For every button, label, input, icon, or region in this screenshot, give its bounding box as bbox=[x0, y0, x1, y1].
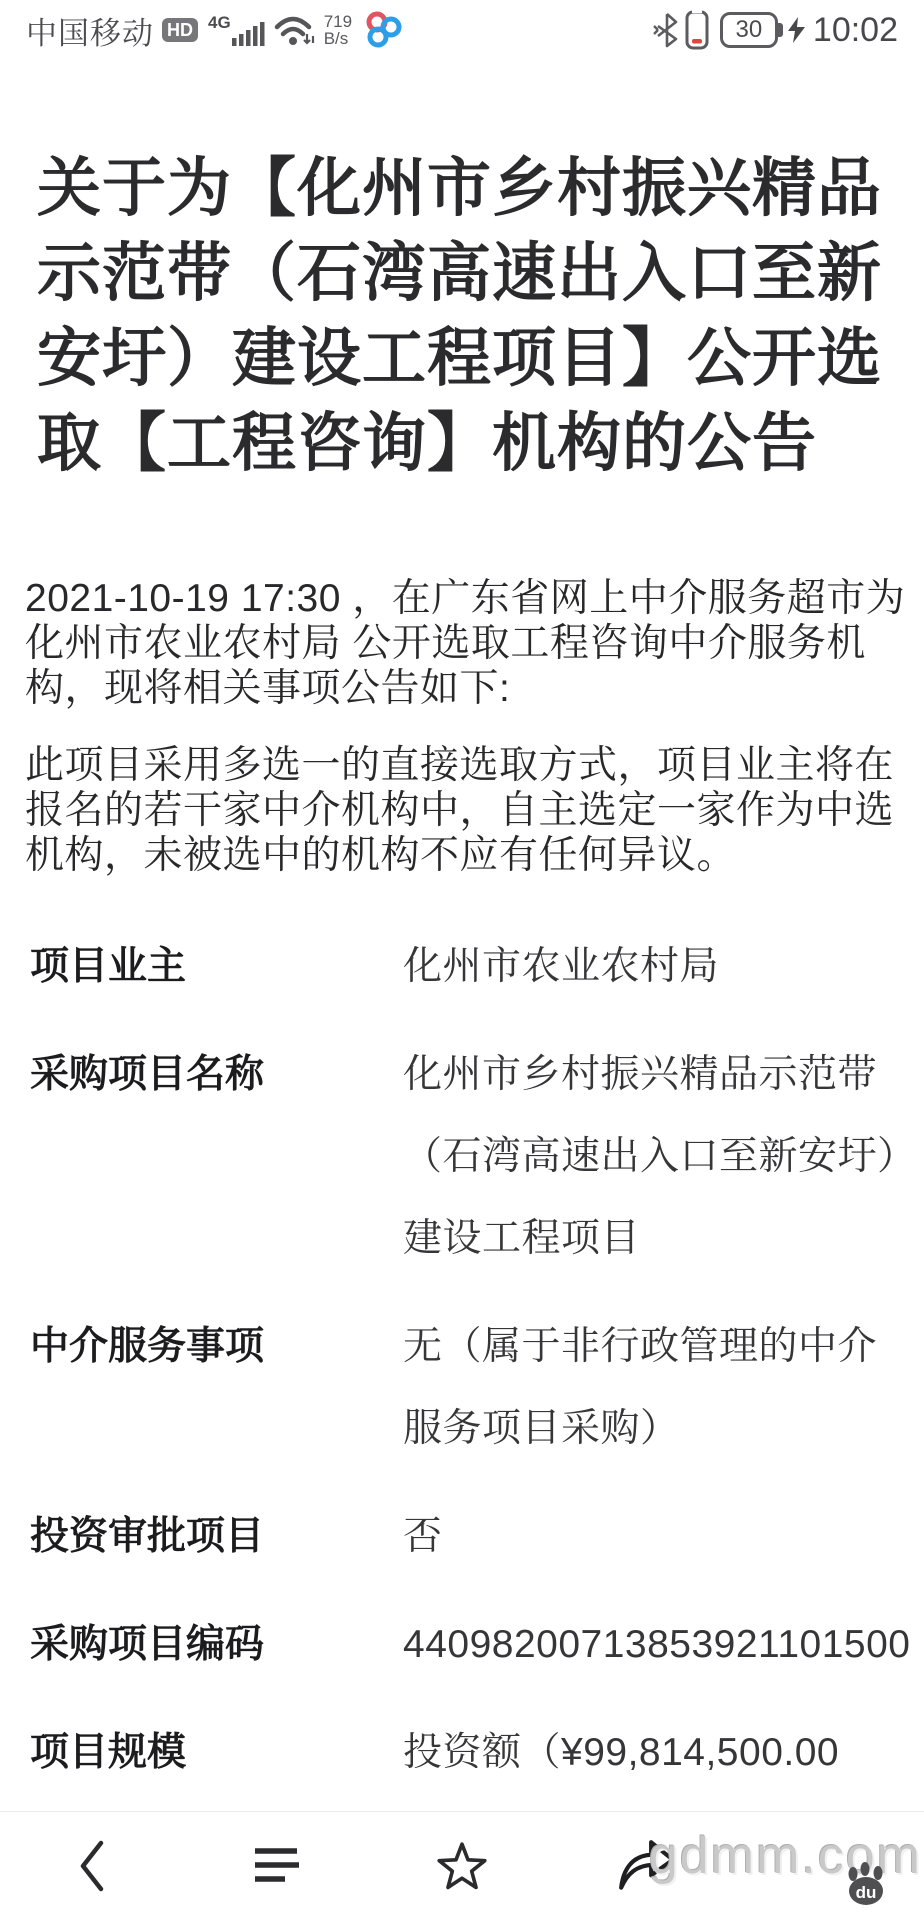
signal-bars-icon bbox=[232, 20, 266, 46]
star-icon bbox=[436, 1841, 488, 1891]
volte-hd-icon: HD bbox=[162, 18, 198, 42]
field-label-investment-approval: 投资审批项目 bbox=[0, 1496, 403, 1578]
table-row: 投资审批项目 否 bbox=[0, 1496, 924, 1578]
back-button[interactable] bbox=[0, 1812, 185, 1920]
share-button[interactable] bbox=[554, 1812, 739, 1920]
field-value-investment-approval: 否 bbox=[403, 1496, 924, 1578]
status-time: 10:02 bbox=[813, 11, 898, 50]
battery-indicator: 30 bbox=[720, 12, 778, 48]
field-value-project-code: 44098200713853921101500 bbox=[403, 1604, 924, 1686]
field-value-project-owner: 化州市农业农村局 bbox=[403, 926, 924, 1008]
share-icon bbox=[616, 1838, 678, 1894]
menu-icon bbox=[253, 1846, 301, 1886]
network-type-label: 4G bbox=[208, 14, 231, 31]
wifi-icon bbox=[274, 14, 316, 48]
table-row: 项目业主 化州市农业农村局 bbox=[0, 926, 924, 1008]
field-value-project-name: 化州市乡村振兴精品示范带（石湾高速出入口至新安圩）建设工程项目 bbox=[403, 1034, 924, 1280]
triple-rings-icon bbox=[362, 10, 404, 50]
network-speed: 719 B/s bbox=[324, 13, 352, 47]
field-label-project-owner: 项目业主 bbox=[0, 926, 403, 1008]
page-title: 关于为【化州市乡村振兴精品 示范带（石湾高速出入口至新 安圩）建设工程项目】公开… bbox=[0, 146, 924, 486]
charging-bolt-icon bbox=[788, 17, 805, 44]
field-label-project-scale: 项目规模 bbox=[0, 1712, 403, 1794]
project-details-table: 项目业主 化州市农业农村局 采购项目名称 化州市乡村振兴精品示范带（石湾高速出入… bbox=[0, 926, 924, 1820]
field-label-project-code: 采购项目编码 bbox=[0, 1604, 403, 1686]
table-row: 采购项目编码 44098200713853921101500 bbox=[0, 1604, 924, 1686]
field-label-service-item: 中介服务事项 bbox=[0, 1306, 403, 1470]
battery-percent: 30 bbox=[736, 16, 763, 44]
table-row: 中介服务事项 无（属于非行政管理的中介服务项目采购） bbox=[0, 1306, 924, 1470]
phone-screen: 中国移动 HD 4G bbox=[0, 0, 924, 1920]
page-title-line: 示范带（石湾高速出入口至新 bbox=[37, 231, 894, 316]
back-icon bbox=[78, 1840, 106, 1892]
device-battery-low-icon bbox=[684, 9, 710, 51]
page-title-line: 取【工程咨询】机构的公告 bbox=[37, 401, 894, 486]
browser-nav-bar: gdmm.com du bbox=[0, 1811, 924, 1920]
speed-value: 719 bbox=[324, 13, 352, 30]
page-title-line: 关于为【化州市乡村振兴精品 bbox=[37, 146, 894, 231]
cellular-signal: 4G bbox=[208, 14, 266, 46]
field-value-project-scale: 投资额（¥99,814,500.00 bbox=[403, 1712, 924, 1794]
bluetooth-icon bbox=[652, 11, 682, 49]
selection-method-paragraph: 此项目采用多选一的直接选取方式，项目业主将在报名的若干家中介机构中，自主选定一家… bbox=[0, 743, 924, 878]
speed-unit: B/s bbox=[324, 30, 352, 47]
field-value-service-item: 无（属于非行政管理的中介服务项目采购） bbox=[403, 1306, 924, 1470]
bookmark-button[interactable] bbox=[370, 1812, 555, 1920]
page-title-line: 安圩）建设工程项目】公开选 bbox=[37, 316, 894, 401]
carrier-name: 中国移动 bbox=[26, 8, 154, 53]
announcement-intro-paragraph: 2021-10-19 17:30 ，在广东省网上中介服务超市为化州市农业农村局 … bbox=[0, 576, 924, 711]
status-left: 中国移动 HD 4G bbox=[26, 8, 404, 53]
field-label-project-name: 采购项目名称 bbox=[0, 1034, 403, 1280]
menu-button[interactable] bbox=[185, 1812, 370, 1920]
status-right: 30 10:02 bbox=[652, 9, 898, 51]
status-bar: 中国移动 HD 4G bbox=[0, 0, 924, 60]
nav-spacer bbox=[739, 1812, 924, 1920]
table-row: 项目规模 投资额（¥99,814,500.00 bbox=[0, 1712, 924, 1794]
table-row: 采购项目名称 化州市乡村振兴精品示范带（石湾高速出入口至新安圩）建设工程项目 bbox=[0, 1034, 924, 1280]
